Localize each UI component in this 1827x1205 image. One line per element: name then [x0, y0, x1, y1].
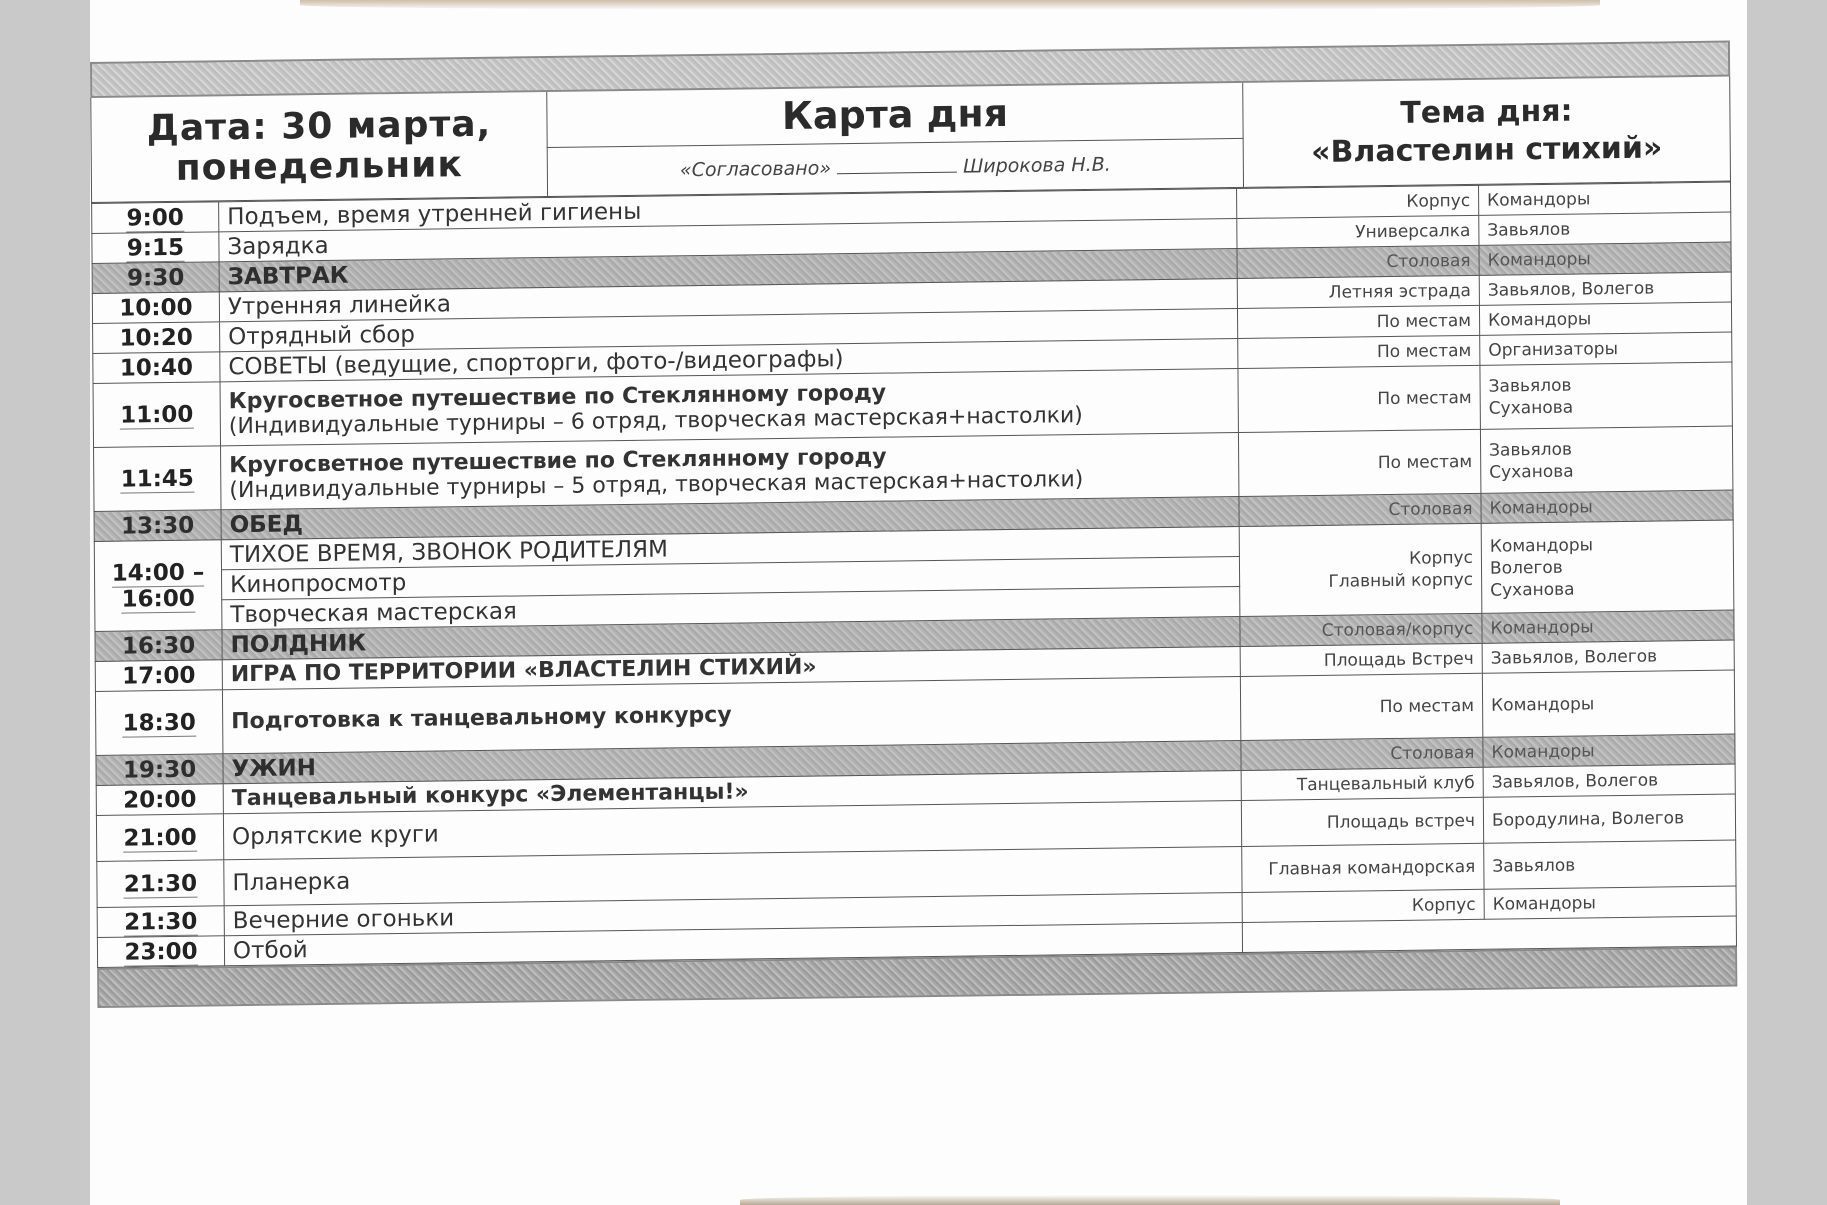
responsible-cell: Завьялов	[1479, 212, 1731, 245]
date-cell: Дата: 30 марта, понедельник	[91, 92, 548, 202]
location-cell: По местам	[1238, 335, 1480, 368]
location-cell: Корпус	[1237, 185, 1479, 218]
time-cell: 9:15	[92, 232, 219, 264]
responsible-cell: Бородулина, Волегов	[1483, 794, 1735, 843]
theme-cell: Тема дня: «Властелин стихий»	[1243, 77, 1731, 188]
responsible-cell: Командоры	[1479, 242, 1731, 275]
location-cell: Танцевальный клуб	[1241, 767, 1483, 800]
theme-name: «Властелин стихий»	[1252, 129, 1722, 173]
time-cell: 9:30	[92, 262, 219, 294]
time-cell: 21:30	[97, 860, 224, 908]
paper-edge-shadow	[740, 1195, 1560, 1205]
time-cell: 20:00	[96, 784, 223, 816]
time-cell: 21:00	[96, 814, 223, 862]
time-cell: 10:00	[92, 292, 219, 324]
time-cell: 23:00	[97, 936, 224, 968]
responsible-cell: КомандорыВолеговСуханова	[1481, 520, 1734, 613]
location-cell: По местам	[1238, 365, 1480, 432]
time-cell: 11:00	[93, 382, 220, 448]
responsible-cell: Командоры	[1481, 490, 1733, 523]
location-cell: По местам	[1237, 305, 1479, 338]
location-cell	[1242, 919, 1484, 952]
location-cell: Столовая/корпус	[1240, 613, 1482, 646]
paper-edge-shadow	[300, 0, 1600, 10]
location-cell: Универсалка	[1237, 215, 1479, 248]
theme-label: Тема дня:	[1251, 91, 1721, 135]
time-range-cell: 14:00 – 16:00	[94, 540, 222, 632]
location-cell: Столовая	[1241, 737, 1483, 770]
responsible-cell: Завьялов, Волегов	[1482, 640, 1734, 673]
schedule-table: 9:00 Подъем, время утренней гигиены Корп…	[91, 182, 1737, 968]
responsible-cell: ЗавьяловСуханова	[1480, 362, 1732, 429]
location-cell: По местам	[1238, 429, 1480, 496]
responsible-cell: Командоры	[1483, 734, 1735, 767]
responsible-cell: Командоры	[1484, 886, 1736, 919]
location-cell: Площадь Встреч	[1240, 643, 1482, 676]
time-cell: 10:40	[93, 352, 220, 384]
weekday-label: понедельник	[92, 144, 547, 190]
day-map-document: Дата: 30 марта, понедельник Карта дня Те…	[90, 41, 1737, 1008]
document-title: Карта дня	[547, 83, 1243, 147]
approval-label: «Согласовано»	[680, 157, 831, 181]
time-cell: 16:30	[95, 630, 222, 662]
approval-cell: «Согласовано»Широкова Н.В.	[547, 138, 1243, 197]
date-label: Дата: 30 марта,	[91, 104, 546, 150]
time-cell: 11:45	[94, 446, 221, 512]
responsible-cell: Командоры	[1482, 610, 1734, 643]
responsible-cell: Организаторы	[1480, 332, 1732, 365]
location-cell: Столовая	[1239, 493, 1481, 526]
location-cell: КорпусГлавный корпус	[1239, 523, 1482, 616]
time-cell: 13:30	[94, 510, 221, 542]
location-cell: Столовая	[1237, 245, 1479, 278]
signature-line	[837, 171, 957, 174]
location-cell: Главная командорская	[1242, 843, 1484, 892]
location-cell: Летняя эстрада	[1237, 275, 1479, 308]
responsible-cell	[1484, 916, 1736, 949]
time-cell: 10:20	[93, 322, 220, 354]
time-cell: 18:30	[95, 690, 222, 756]
location-cell: Корпус	[1242, 889, 1484, 922]
responsible-cell: Завьялов, Волегов	[1479, 272, 1731, 305]
responsible-cell: Завьялов, Волегов	[1483, 764, 1735, 797]
time-cell: 19:30	[96, 754, 223, 786]
responsible-cell: Командоры	[1479, 302, 1731, 335]
responsible-cell: Командоры	[1479, 182, 1731, 215]
location-cell: Площадь встреч	[1241, 797, 1483, 846]
responsible-cell: Командоры	[1482, 670, 1734, 737]
approver-name: Широкова Н.В.	[963, 153, 1111, 177]
responsible-cell: Завьялов	[1484, 840, 1736, 889]
responsible-cell: ЗавьяловСуханова	[1480, 426, 1732, 493]
location-cell: По местам	[1240, 673, 1482, 740]
time-cell: 17:00	[95, 660, 222, 692]
time-cell: 21:30	[97, 906, 224, 938]
time-cell: 9:00	[92, 202, 219, 234]
